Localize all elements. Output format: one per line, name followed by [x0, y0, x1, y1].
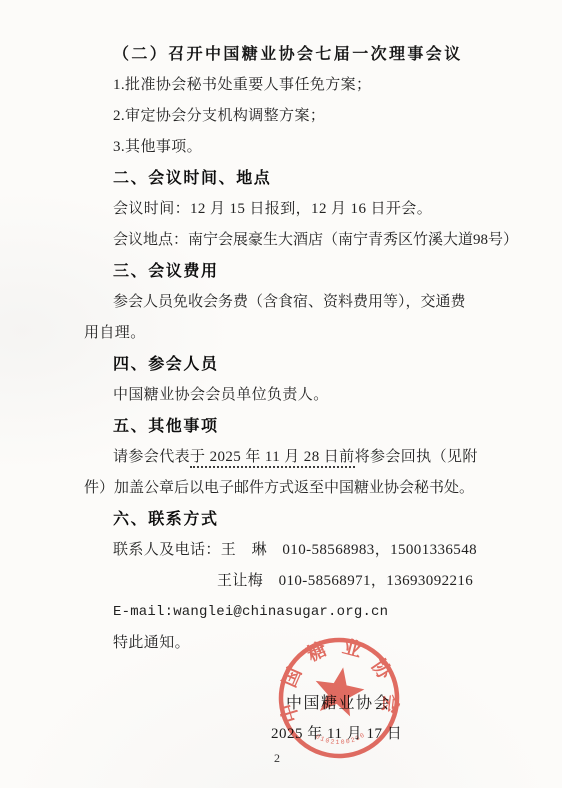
official-seal-icon: 中国糖业协会 0102100230 [270, 629, 409, 768]
contact-line-2: 王让梅 010-58568971，13693092216 [84, 566, 554, 597]
fee-line-2: 用自理。 [84, 318, 554, 349]
reply-line-before: 请参会代表 [113, 449, 190, 465]
section-fee-heading: 三、会议费用 [84, 256, 554, 287]
notice-body: （二）召开中国糖业协会七届一次理事会议 1.批准协会秘书处重要人事任免方案； 2… [84, 39, 554, 659]
notice-page: （二）召开中国糖业协会七届一次理事会议 1.批准协会秘书处重要人事任免方案； 2… [0, 0, 562, 788]
seal-star-icon [311, 663, 368, 718]
section-attendee-heading: 四、参会人员 [84, 349, 554, 380]
agenda-item-1: 1.批准协会秘书处重要人事任免方案； [84, 70, 554, 101]
agenda-item-3: 3.其他事项。 [84, 132, 554, 163]
reply-deadline-line: 请参会代表于 2025 年 11 月 28 日前将参会回执（见附 [84, 442, 554, 473]
contact-line-1: 联系人及电话：王 琳 010-58568983，15001336548 [84, 535, 554, 566]
email-line: E-mail:wanglei@chinasugar.org.cn [84, 597, 554, 628]
seal-code: 0102100230 [314, 730, 366, 748]
reply-deadline-underlined: 于 2025 年 11 月 28 日前 [190, 449, 355, 468]
reply-line-after: 将参会回执（见附 [355, 449, 478, 465]
agenda-item-2: 2.审定协会分支机构调整方案； [84, 101, 554, 132]
fee-line-1: 参会人员免收会务费（含食宿、资料费用等），交通费 [84, 287, 554, 318]
part2-heading: （二）召开中国糖业协会七届一次理事会议 [84, 39, 554, 70]
attendee-line: 中国糖业协会会员单位负责人。 [84, 380, 554, 411]
meeting-venue-line: 会议地点：南宁会展豪生大酒店（南宁青秀区竹溪大道98号） [84, 225, 554, 256]
svg-text:0102100230: 0102100230 [314, 730, 366, 748]
section-other-heading: 五、其他事项 [84, 411, 554, 442]
section-time-heading: 二、会议时间、地点 [84, 163, 554, 194]
meeting-time-line: 会议时间：12 月 15 日报到，12 月 16 日开会。 [84, 194, 554, 225]
reply-line-2: 件）加盖公章后以电子邮件方式返至中国糖业协会秘书处。 [84, 473, 554, 504]
section-contact-heading: 六、联系方式 [84, 504, 554, 535]
